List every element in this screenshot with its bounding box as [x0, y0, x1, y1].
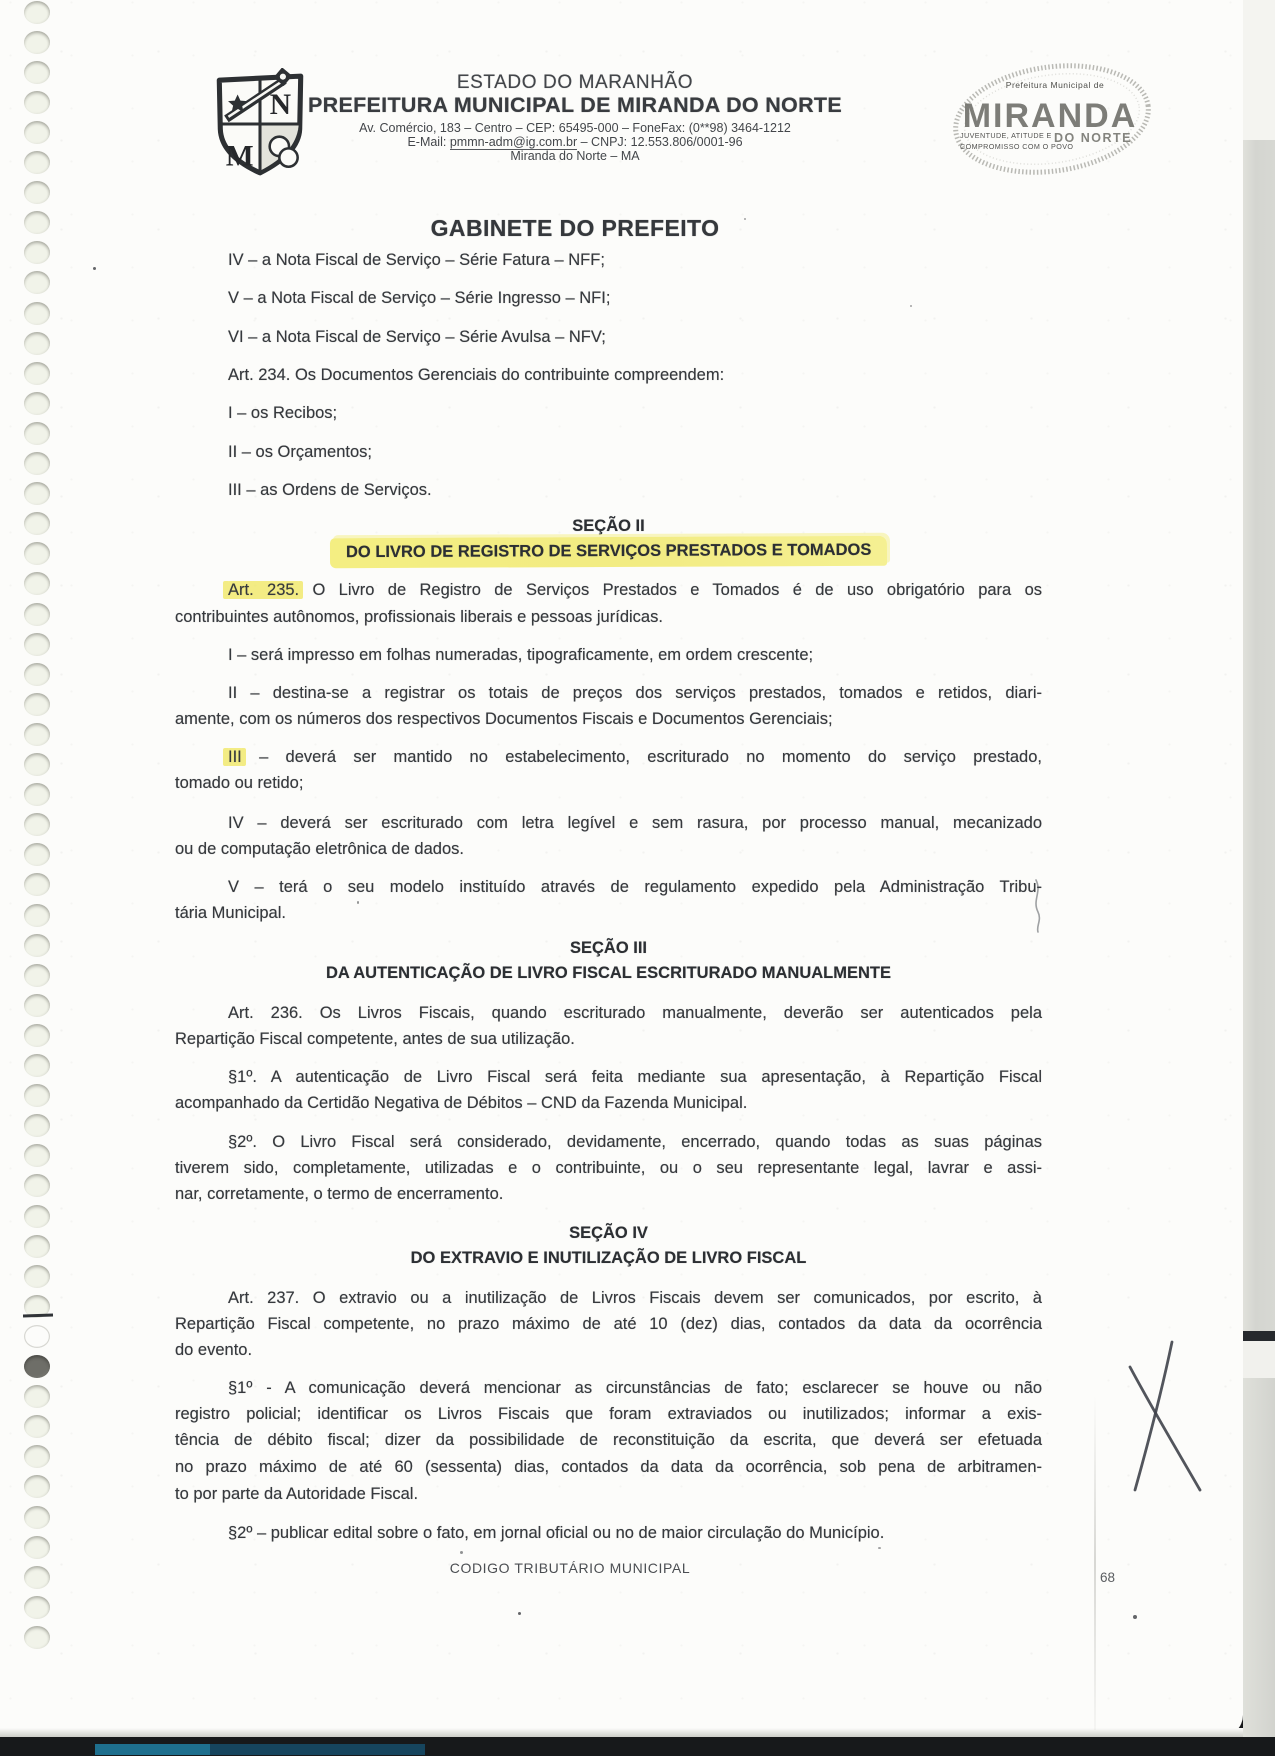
- handwritten-squiggle: [1028, 876, 1046, 934]
- paragraph-line: tiverem sido, completamente, utilizadas …: [175, 1158, 1042, 1179]
- list-item: IV – deverá ser escriturado com letra le…: [228, 813, 1042, 834]
- list-item: I – os Recibos;: [228, 403, 1042, 424]
- list-item-continuation: ou de computação eletrônica de dados.: [175, 839, 1042, 860]
- article-line: contribuintes autônomos, profissionais l…: [175, 607, 1042, 628]
- paragraph-line: acompanhado da Certidão Negativa de Débi…: [175, 1093, 1042, 1114]
- punch-hole: [24, 121, 50, 144]
- scan-speck: [1133, 1615, 1137, 1619]
- punch-hole: [24, 663, 50, 686]
- paper-crease: [1094, 1395, 1096, 1730]
- article-line: Art. 234. Os Documentos Gerenciais do co…: [228, 365, 1042, 386]
- logo-slogan-line1: JUVENTUDE, ATITUDE E: [960, 131, 1052, 140]
- article-line: do evento.: [175, 1340, 1042, 1361]
- list-item: V – a Nota Fiscal de Serviço – Série Ing…: [228, 288, 1042, 309]
- punch-hole: [24, 362, 50, 385]
- scan-speck: [93, 267, 96, 270]
- punch-hole: [24, 1506, 50, 1529]
- list-item: II – os Orçamentos;: [228, 442, 1042, 463]
- scan-speck: [460, 1551, 463, 1554]
- paragraph-line: registro policial; identificar os Livros…: [175, 1404, 1042, 1425]
- handwritten-x-mark: [1125, 1335, 1205, 1495]
- list-item-continuation: tária Municipal.: [175, 903, 1042, 924]
- paragraph-line: §2º. O Livro Fiscal será considerado, de…: [228, 1132, 1042, 1153]
- scan-speck: [878, 1547, 881, 1549]
- page-number: 68: [1100, 1570, 1115, 1585]
- section-heading: SEÇÃO III: [175, 938, 1042, 959]
- punch-hole: [24, 1, 50, 24]
- punch-hole: [24, 1205, 50, 1228]
- section-heading: SEÇÃO II: [175, 516, 1042, 537]
- highlighter-band: DO LIVRO DE REGISTRO DE SERVIÇOS PRESTAD…: [330, 536, 887, 569]
- paragraph-line: tência de débito fiscal; dizer da possib…: [175, 1430, 1042, 1451]
- punch-hole: [24, 61, 50, 84]
- punch-hole: [24, 783, 50, 806]
- letterhead-city-line: Miranda do Norte – MA: [235, 149, 915, 163]
- scanner-strip-right: [1243, 0, 1275, 140]
- office-title: GABINETE DO PREFEITO: [235, 215, 915, 242]
- punch-hole: [24, 723, 50, 746]
- punch-hole: [24, 31, 50, 54]
- punch-hole: [24, 91, 50, 114]
- scanner-strip-right: [1243, 1341, 1275, 1378]
- punch-hole: [24, 392, 50, 415]
- logo-name-text: MIRANDA: [963, 97, 1138, 135]
- punch-hole: [24, 994, 50, 1017]
- scan-speck: [357, 901, 359, 904]
- letterhead-state-line: ESTADO DO MARANHÃO: [235, 72, 915, 94]
- punch-hole: [24, 603, 50, 626]
- logo-slogan-line2: COMPROMISSO COM O POVO: [960, 142, 1073, 151]
- list-item: IV – a Nota Fiscal de Serviço – Série Fa…: [228, 250, 1042, 271]
- paper-bottom-edge: [0, 1728, 1243, 1737]
- punch-hole: [24, 1084, 50, 1107]
- paragraph-line: to por parte da Autoridade Fiscal.: [175, 1484, 1042, 1505]
- punch-hole: [24, 1385, 50, 1408]
- list-item-continuation: tomado ou retido;: [175, 773, 1042, 794]
- scanner-bed-teal-bar: [210, 1744, 425, 1755]
- punch-hole: [24, 1325, 50, 1348]
- email-label: E-Mail:: [407, 135, 446, 149]
- paragraph-line: nar, corretamente, o termo de encerramen…: [175, 1184, 1042, 1205]
- punch-hole: [24, 1054, 50, 1077]
- paragraph-line: §1º - A comunicação deverá mencionar as …: [228, 1378, 1042, 1399]
- scan-speck: [744, 218, 746, 220]
- scan-speck: [518, 1612, 521, 1615]
- section-heading: DO EXTRAVIO E INUTILIZAÇÃO DE LIVRO FISC…: [175, 1248, 1042, 1269]
- punch-hole: [24, 904, 50, 927]
- list-item: III – deverá ser mantido no estabelecime…: [228, 747, 1042, 768]
- punch-hole: [24, 1536, 50, 1559]
- list-item: I – será impresso em folhas numeradas, t…: [228, 645, 1042, 666]
- scanner-bed-teal-bar: [95, 1744, 210, 1755]
- punch-hole: [24, 181, 50, 204]
- email-address: pmmn-adm@ig.com.br: [450, 135, 577, 150]
- section-heading-highlighted: DO LIVRO DE REGISTRO DE SERVIÇOS PRESTAD…: [175, 541, 1042, 562]
- punch-hole: [24, 693, 50, 716]
- punch-hole: [24, 964, 50, 987]
- punch-hole: [24, 1355, 50, 1378]
- section-heading: SEÇÃO IV: [175, 1223, 1042, 1244]
- punch-hole: [24, 151, 50, 174]
- scan-speck: [910, 305, 912, 307]
- list-item-continuation: amente, com os números dos respectivos D…: [175, 709, 1042, 730]
- letterhead-address-line: Av. Comércio, 183 – Centro – CEP: 65495-…: [235, 121, 915, 135]
- list-item: V – terá o seu modelo instituído através…: [228, 877, 1042, 898]
- punch-hole: [24, 934, 50, 957]
- punch-hole: [24, 1265, 50, 1288]
- article-line: Repartição Fiscal competente, no prazo m…: [175, 1314, 1042, 1335]
- punch-hole: [24, 633, 50, 656]
- cnpj-text: – CNPJ: 12.553.806/0001-96: [577, 135, 742, 149]
- highlighter-mark: Art. 235.: [228, 581, 299, 599]
- punch-hole: [24, 1235, 50, 1258]
- article-line: Art. 237. O extravio ou a inutilização d…: [228, 1288, 1042, 1309]
- list-item: VI – a Nota Fiscal de Serviço – Série Av…: [228, 327, 1042, 348]
- highlighter-mark: III: [228, 748, 242, 766]
- scanner-strip-right: [1243, 1378, 1275, 1737]
- footer-doc-title: CODIGO TRIBUTÁRIO MUNICIPAL: [175, 1560, 965, 1576]
- list-item: III – as Ordens de Serviços.: [228, 480, 1042, 501]
- punch-hole: [24, 1024, 50, 1047]
- paragraph-line: §1º. A autenticação de Livro Fiscal será…: [228, 1067, 1042, 1088]
- article-line: Art. 236. Os Livros Fiscais, quando escr…: [228, 1003, 1042, 1024]
- article-line: Repartição Fiscal competente, antes de s…: [175, 1029, 1042, 1050]
- punch-hole: [24, 1596, 50, 1619]
- scanner-strip-right: [1243, 140, 1275, 1331]
- paragraph-line: §2º – publicar edital sobre o fato, em j…: [228, 1523, 1042, 1544]
- punch-hole: [24, 753, 50, 776]
- scanner-strip-dark-band: [1243, 1331, 1275, 1341]
- logo-top-text: Prefeitura Municipal de: [1006, 80, 1104, 90]
- article-line: Art. 235. O Livro de Registro de Serviço…: [228, 580, 1042, 601]
- punch-hole: [24, 422, 50, 445]
- punch-hole: [24, 302, 50, 325]
- punch-hole: [24, 452, 50, 475]
- punch-hole: [24, 1626, 50, 1649]
- article-line-text: O Livro de Registro de Serviços Prestado…: [299, 581, 1042, 599]
- list-item: II – destina-se a registrar os totais de…: [228, 683, 1042, 704]
- letterhead-municipality-line: PREFEITURA MUNICIPAL DE MIRANDA DO NORTE: [235, 93, 915, 118]
- miranda-city-logo: Prefeitura Municipal de MIRANDA DO NORTE…: [950, 55, 1158, 180]
- punch-hole: [24, 482, 50, 505]
- letterhead-email-line: E-Mail: pmmn-adm@ig.com.br – CNPJ: 12.55…: [235, 135, 915, 149]
- list-item-text: – deverá ser mantido no estabelecimento,…: [242, 748, 1042, 766]
- document-scan: N M ESTADO DO MARANHÃO PREFEITURA MUNICI…: [0, 0, 1275, 1756]
- paragraph-line: no prazo máximo de até 60 (sessenta) dia…: [175, 1457, 1042, 1478]
- punch-hole: [24, 1566, 50, 1589]
- section-heading: DA AUTENTICAÇÃO DE LIVRO FISCAL ESCRITUR…: [175, 963, 1042, 984]
- punch-hole: [24, 332, 50, 355]
